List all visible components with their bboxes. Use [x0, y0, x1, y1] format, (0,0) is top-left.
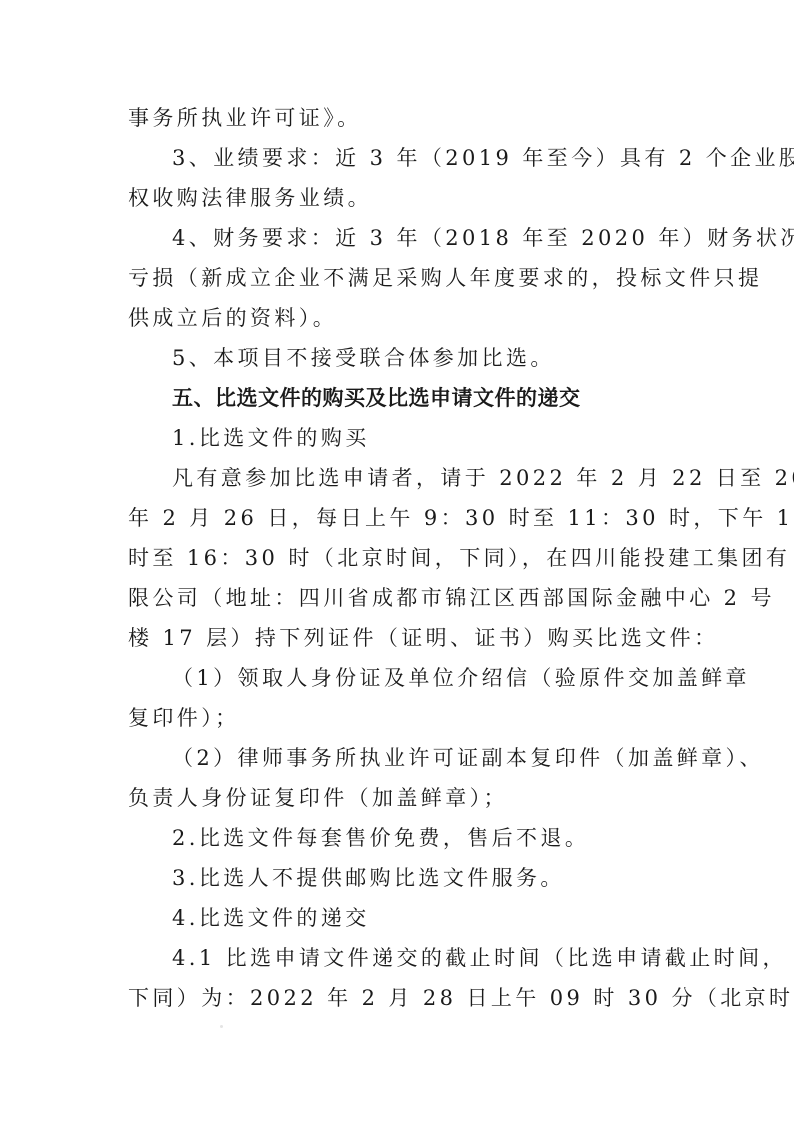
text-line-12: 时至 16：30 时（北京时间，下同），在四川能投建工集团有: [128, 538, 680, 578]
list-item-1: （1）领取人身份证及单位介绍信（验原件交加盖鲜章: [128, 658, 680, 698]
requirement-5-consortium: 5、本项目不接受联合体参加比选。: [128, 338, 680, 378]
subheading-4-submission: 4.比选文件的递交: [128, 898, 680, 938]
text-line-1: 事务所执业许可证》。: [128, 98, 680, 138]
requirement-3-performance: 3、业绩要求：近 3 年（2019 年至今）具有 2 个企业股: [128, 138, 680, 178]
text-line-18: 负责人身份证复印件（加盖鲜章）；: [128, 778, 680, 818]
subheading-2-price: 2.比选文件每套售价免费，售后不退。: [128, 818, 680, 858]
subheading-1-purchase: 1.比选文件的购买: [128, 418, 680, 458]
text-line-5: 亏损（新成立企业不满足采购人年度要求的，投标文件只提: [128, 258, 680, 298]
document-page: 事务所执业许可证》。 3、业绩要求：近 3 年（2019 年至今）具有 2 个企…: [128, 98, 680, 1018]
section-heading-5: 五、比选文件的购买及比选申请文件的递交: [128, 378, 680, 418]
text-line-14: 楼 17 层）持下列证件（证明、证书）购买比选文件：: [128, 618, 680, 658]
text-line-16: 复印件）；: [128, 698, 680, 738]
text-line-13: 限公司（地址：四川省成都市锦江区西部国际金融中心 2 号: [128, 578, 680, 618]
text-line-10: 凡有意参加比选申请者，请于 2022 年 2 月 22 日至 2022: [128, 458, 680, 498]
subheading-3-mail: 3.比选人不提供邮购比选文件服务。: [128, 858, 680, 898]
text-line-3: 权收购法律服务业绩。: [128, 178, 680, 218]
text-line-11: 年 2 月 26 日，每日上午 9：30 时至 11：30 时，下午 14：00: [128, 498, 680, 538]
text-line-23: 下同）为：2022 年 2 月 28 日上午 09 时 30 分（北京时间）；: [128, 978, 680, 1018]
subheading-4-1-deadline: 4.1 比选申请文件递交的截止时间（比选申请截止时间，: [128, 938, 680, 978]
requirement-4-financial: 4、财务要求：近 3 年（2018 年至 2020 年）财务状况无: [128, 218, 680, 258]
text-line-6: 供成立后的资料）。: [128, 298, 680, 338]
scan-speck: [220, 1025, 223, 1028]
list-item-2: （2）律师事务所执业许可证副本复印件（加盖鲜章）、: [128, 738, 680, 778]
